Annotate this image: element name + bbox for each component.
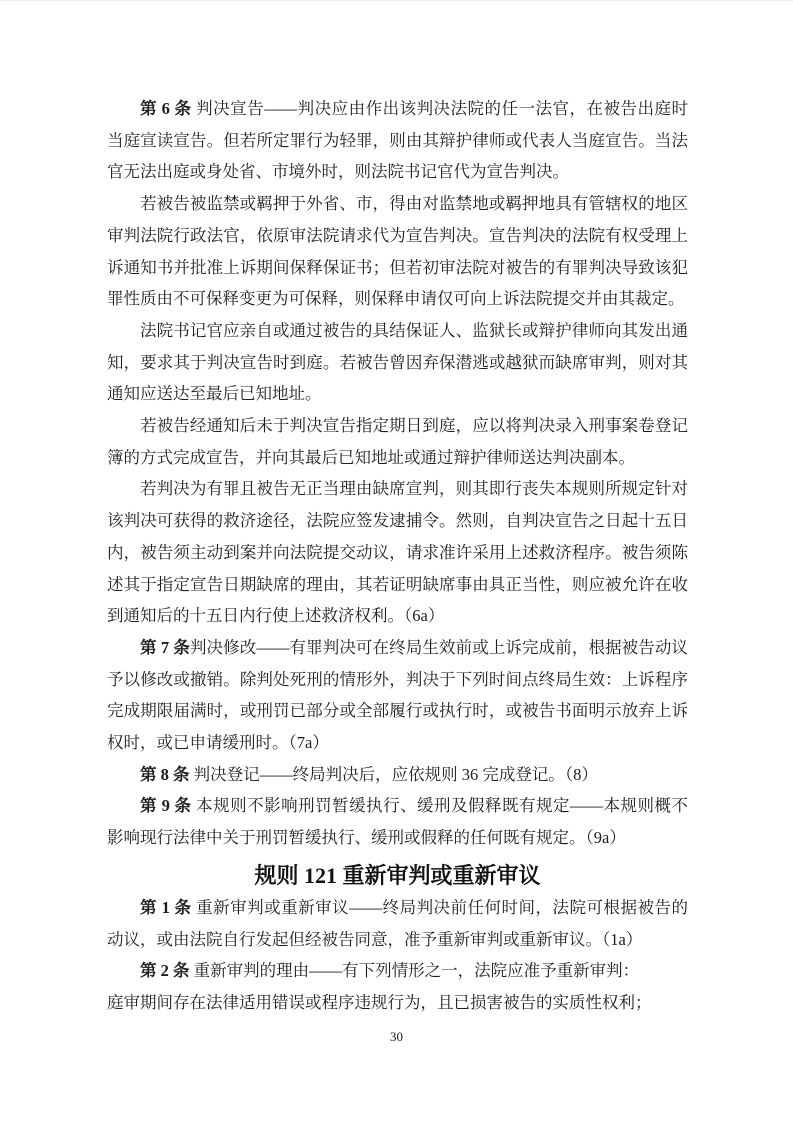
article-number: 第 8 条 xyxy=(140,765,194,784)
body-paragraph: 法院书记官应亲自或通过被告的具结保证人、监狱长或辩护律师向其发出通知，要求其于判… xyxy=(107,315,688,410)
article-paragraph: 第 2 条 重新审判的理由——有下列情形之一，法院应准予重新审判： xyxy=(107,955,688,987)
paragraph-text: 若被告被监禁或羁押于外省、市，得由对监禁地或羁押地具有管辖权的地区审判法院行政法… xyxy=(107,194,688,308)
article-number: 第 6 条 xyxy=(140,99,196,118)
document-page: 第 6 条 判决宣告——判决应由作出该判决法院的任一法官，在被告出庭时当庭宣读宣… xyxy=(0,0,793,1122)
article-number: 第 7 条 xyxy=(140,638,190,657)
article-paragraph: 第 8 条 判决登记——终局判决后，应依规则 36 完成登记。（8） xyxy=(107,759,688,791)
article-number: 第 2 条 xyxy=(140,961,194,980)
body-paragraph: 庭审期间存在法律适用错误或程序违规行为，且已损害被告的实质性权利； xyxy=(107,987,688,1019)
body-paragraph: 若判决为有罪且被告无正当理由缺席宣判，则其即行丧失本规则所规定针对该判决可获得的… xyxy=(107,473,688,632)
paragraph-text: 若被告经通知后未于判决宣告指定期日到庭，应以将判决录入刑事案卷登记簿的方式完成宣… xyxy=(107,416,688,467)
article-paragraph: 第 9 条 本规则不影响刑罚暂缓执行、缓刑及假释既有规定——本规则概不影响现行法… xyxy=(107,790,688,853)
article-paragraph: 第 7 条判决修改——有罪判决可在终局生效前或上诉完成前，根据被告动议予以修改或… xyxy=(107,632,688,759)
article-text: 重新审判的理由——有下列情形之一，法院应准予重新审判： xyxy=(194,961,640,980)
article-paragraph: 第 1 条 重新审判或重新审议——终局判决前任何时间，法院可根据被告的动议，或由… xyxy=(107,892,688,955)
article-number: 第 9 条 xyxy=(140,796,196,815)
article-paragraph: 第 6 条 判决宣告——判决应由作出该判决法院的任一法官，在被告出庭时当庭宣读宣… xyxy=(107,93,688,188)
body-paragraph: 若被告经通知后未于判决宣告指定期日到庭，应以将判决录入刑事案卷登记簿的方式完成宣… xyxy=(107,410,688,473)
article-text: 判决修改——有罪判决可在终局生效前或上诉完成前，根据被告动议予以修改或撤销。除判… xyxy=(107,638,688,752)
paragraph-text: 法院书记官应亲自或通过被告的具结保证人、监狱长或辩护律师向其发出通知，要求其于判… xyxy=(107,321,688,403)
paragraph-text: 若判决为有罪且被告无正当理由缺席宣判，则其即行丧失本规则所规定针对该判决可获得的… xyxy=(107,479,688,625)
article-number: 第 1 条 xyxy=(140,898,196,917)
article-text: 判决登记——终局判决后，应依规则 36 完成登记。（8） xyxy=(194,765,598,784)
section-heading: 规则 121 重新审判或重新审议 xyxy=(107,860,688,892)
body-paragraph: 若被告被监禁或羁押于外省、市，得由对监禁地或羁押地具有管辖权的地区审判法院行政法… xyxy=(107,188,688,315)
paragraph-text: 庭审期间存在法律适用错误或程序违规行为，且已损害被告的实质性权利； xyxy=(107,993,652,1012)
page-number: 30 xyxy=(0,1030,793,1044)
